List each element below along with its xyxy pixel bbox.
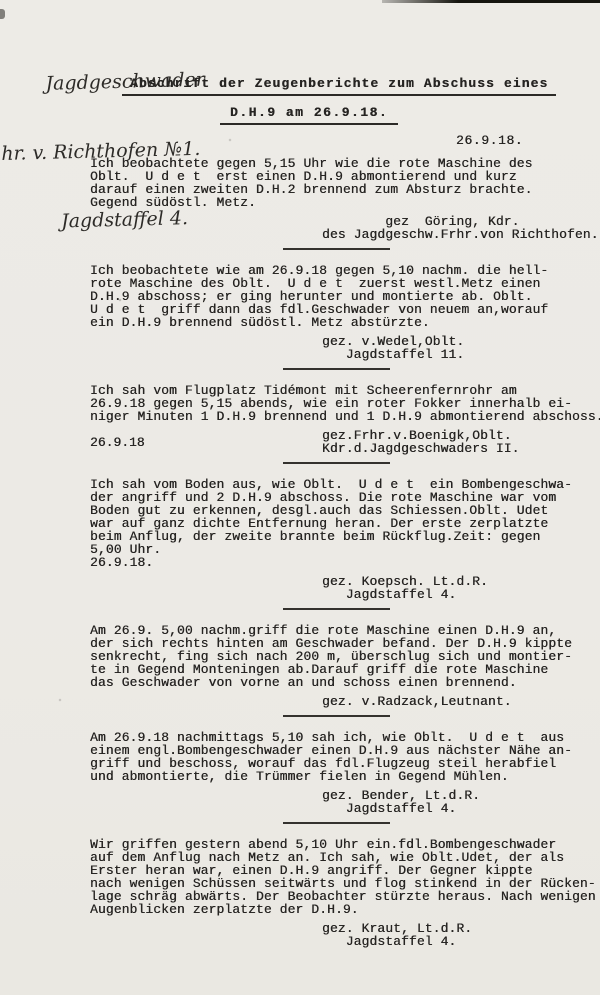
section-divider — [283, 368, 390, 370]
signature-block: gez. Kraut, Lt.d.R. Jagdstaffel 4. — [322, 922, 600, 948]
testimony-text: Ich beobachtete gegen 5,15 Uhr wie die r… — [90, 157, 600, 209]
testimony-section-bender: Am 26.9.18 nachmittags 5,10 sah ich, wie… — [90, 731, 600, 824]
testimony-section-radzack: Am 26.9. 5,00 nachm.griff die rote Masch… — [90, 624, 600, 717]
testimony-text: Ich sah vom Flugplatz Tidémont mit Schee… — [90, 384, 600, 423]
signature-block: gez Göring, Kdr. des Jagdgeschw.Frhr.von… — [322, 215, 600, 241]
date-top-right: 26.9.18. — [456, 133, 523, 148]
testimony-text: Ich beobachtete wie am 26.9.18 gegen 5,1… — [90, 264, 600, 329]
signature-row: 26.9.18 gez.Frhr.v.Boenigk,Oblt. Kdr.d.J… — [90, 429, 600, 455]
testimony-section-wedel: Ich beobachtete wie am 26.9.18 gegen 5,1… — [90, 264, 600, 370]
testimonies: Ich beobachtete gegen 5,15 Uhr wie die r… — [90, 157, 600, 953]
signature-block: gez. v.Radzack,Leutnant. — [322, 695, 600, 708]
testimony-section-koepsch: Ich sah vom Boden aus, wie Oblt. U d e t… — [90, 478, 600, 610]
title-line-2: D.H.9 am 26.9.18. — [220, 105, 398, 125]
signature-block: gez.Frhr.v.Boenigk,Oblt. Kdr.d.Jagdgesch… — [322, 429, 600, 455]
signature-block: gez. Bender, Lt.d.R. Jagdstaffel 4. — [322, 789, 600, 815]
testimony-text: Am 26.9.18 nachmittags 5,10 sah ich, wie… — [90, 731, 600, 783]
scan-artifact-left-dot — [0, 9, 5, 19]
document-page: Jagdgeschwader hr. v. Richthofen №1. Jag… — [0, 0, 600, 995]
scan-artifact-top-strip — [382, 0, 600, 3]
signature-block: gez. v.Wedel,Oblt. Jagdstaffel 11. — [322, 335, 600, 361]
signature-block: gez. Koepsch. Lt.d.R. Jagdstaffel 4. — [322, 575, 600, 601]
section-divider — [283, 462, 390, 464]
section-divider — [283, 715, 390, 717]
testimony-text: Wir griffen gestern abend 5,10 Uhr ein.f… — [90, 838, 600, 916]
section-divider — [283, 822, 390, 824]
testimony-text: Am 26.9. 5,00 nachm.griff die rote Masch… — [90, 624, 600, 689]
testimony-text: Ich sah vom Boden aus, wie Oblt. U d e t… — [90, 478, 600, 569]
title-line-1: Abschrift der Zeugenberichte zum Abschus… — [122, 76, 556, 96]
testimony-section-goering: Ich beobachtete gegen 5,15 Uhr wie die r… — [90, 157, 600, 250]
section-divider — [283, 248, 390, 250]
section-divider — [283, 608, 390, 610]
testimony-section-kraut: Wir griffen gestern abend 5,10 Uhr ein.f… — [90, 838, 600, 948]
document-title: Abschrift der Zeugenberichte zum Abschus… — [122, 74, 556, 125]
testimony-section-boenigk: Ich sah vom Flugplatz Tidémont mit Schee… — [90, 384, 600, 464]
date-left: 26.9.18 — [90, 435, 145, 450]
